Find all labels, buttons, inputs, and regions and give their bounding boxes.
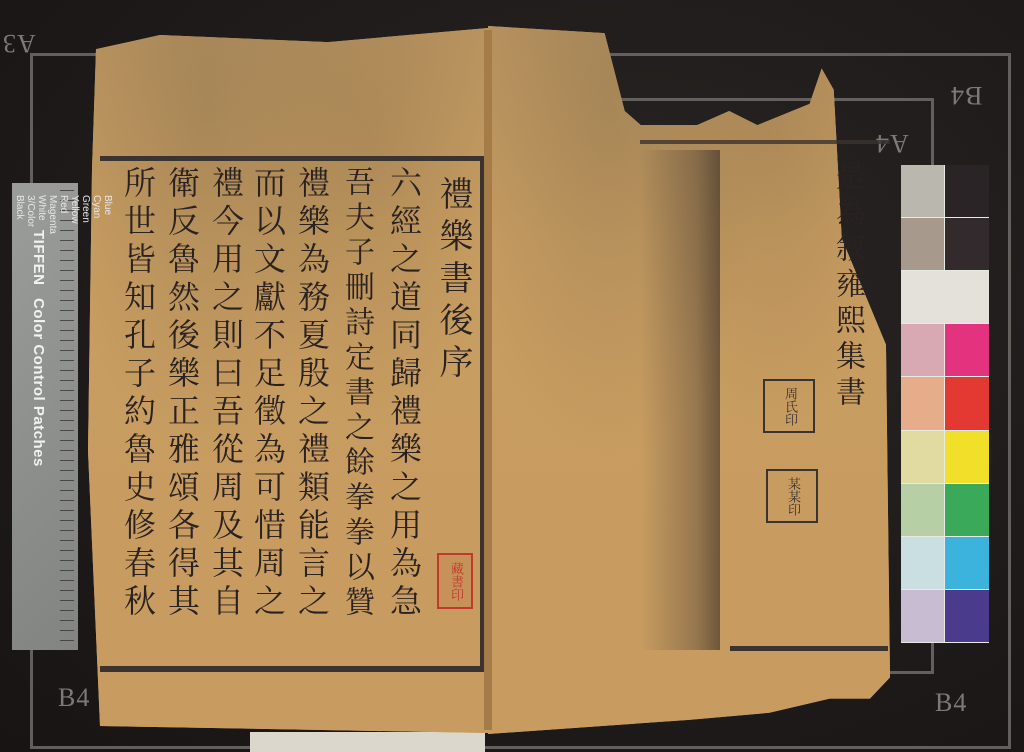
- color-patch-light: [901, 377, 944, 429]
- ruler-label-black: Black: [14, 195, 25, 234]
- ruler-title-text: Color Control Patches: [30, 298, 47, 467]
- color-patch-light: [901, 324, 944, 376]
- ruler-label-white: White: [36, 195, 47, 234]
- book-spine: [484, 30, 492, 730]
- color-patch-light: [901, 484, 944, 536]
- right-frame-top: [640, 140, 890, 144]
- board-label-b4-top: B4: [950, 80, 982, 110]
- ruler-label-yellow: Yellow: [69, 195, 80, 234]
- text-column-5: 而以文獻不足徵為可惜周之: [248, 166, 288, 622]
- ruler-label-blue: Blue: [102, 195, 113, 234]
- right-page-seal-2: 某某印: [766, 469, 818, 523]
- ruler-brand: TIFFEN: [30, 230, 47, 286]
- color-patch-saturated: [945, 431, 989, 483]
- right-frame-bottom: [730, 646, 888, 651]
- color-calibration-chart: [901, 165, 989, 643]
- ruler-title: TIFFEN Color Control Patches: [30, 230, 47, 467]
- red-collector-seal: 藏書印: [437, 553, 473, 609]
- color-patch-saturated: [945, 537, 989, 589]
- ruler-label-green: Green: [80, 195, 91, 234]
- paper-strip: [250, 732, 485, 752]
- text-column-7: 衛反魯然後樂正雅頌各得其: [162, 166, 202, 622]
- color-patch-light: [901, 431, 944, 483]
- color-patch-saturated: [945, 377, 989, 429]
- color-patch-saturated: [945, 484, 989, 536]
- ink-smudge: [640, 150, 720, 650]
- text-column-4: 禮樂為務夏殷之禮類能言之: [292, 166, 332, 622]
- board-label-b4-bottom-left: B4: [58, 683, 90, 713]
- ruler-label-cyan: Cyan: [91, 195, 102, 234]
- color-patch-saturated: [945, 218, 989, 270]
- color-patch-saturated: [945, 590, 989, 642]
- color-patch-saturated: [945, 324, 989, 376]
- text-column-2: 六經之道同歸禮樂之用為急: [384, 166, 424, 622]
- color-patch-white: [901, 271, 989, 323]
- ruler-ticks: [60, 190, 74, 645]
- ruler-label-red: Red: [58, 195, 69, 234]
- color-patch-light: [901, 537, 944, 589]
- text-column-1: 禮樂書後序: [432, 176, 474, 386]
- board-label-b4-bottom-right: B4: [935, 688, 967, 718]
- ruler-color-labels: Blue Cyan Green Yellow Red Magenta White…: [14, 195, 113, 252]
- text-column-3: 吾夫子刪詩定書之餘拳拳以贊: [336, 166, 376, 621]
- right-page-seal-1: 周氏印: [763, 379, 815, 433]
- right-page-text-column: 是為叙雍熙集書: [828, 160, 866, 412]
- color-patch-saturated: [945, 165, 989, 217]
- text-column-8: 所世皆知孔子約魯史修春秋: [118, 166, 158, 622]
- color-patch-light: [901, 218, 944, 270]
- board-label-a3: A3: [2, 28, 36, 58]
- ruler-label-3color: 3/Color: [25, 195, 36, 234]
- color-patch-light: [901, 165, 944, 217]
- text-column-6: 禮今用之則曰吾從周及其自: [206, 166, 246, 622]
- color-patch-light: [901, 590, 944, 642]
- ruler-label-magenta: Magenta: [47, 195, 58, 234]
